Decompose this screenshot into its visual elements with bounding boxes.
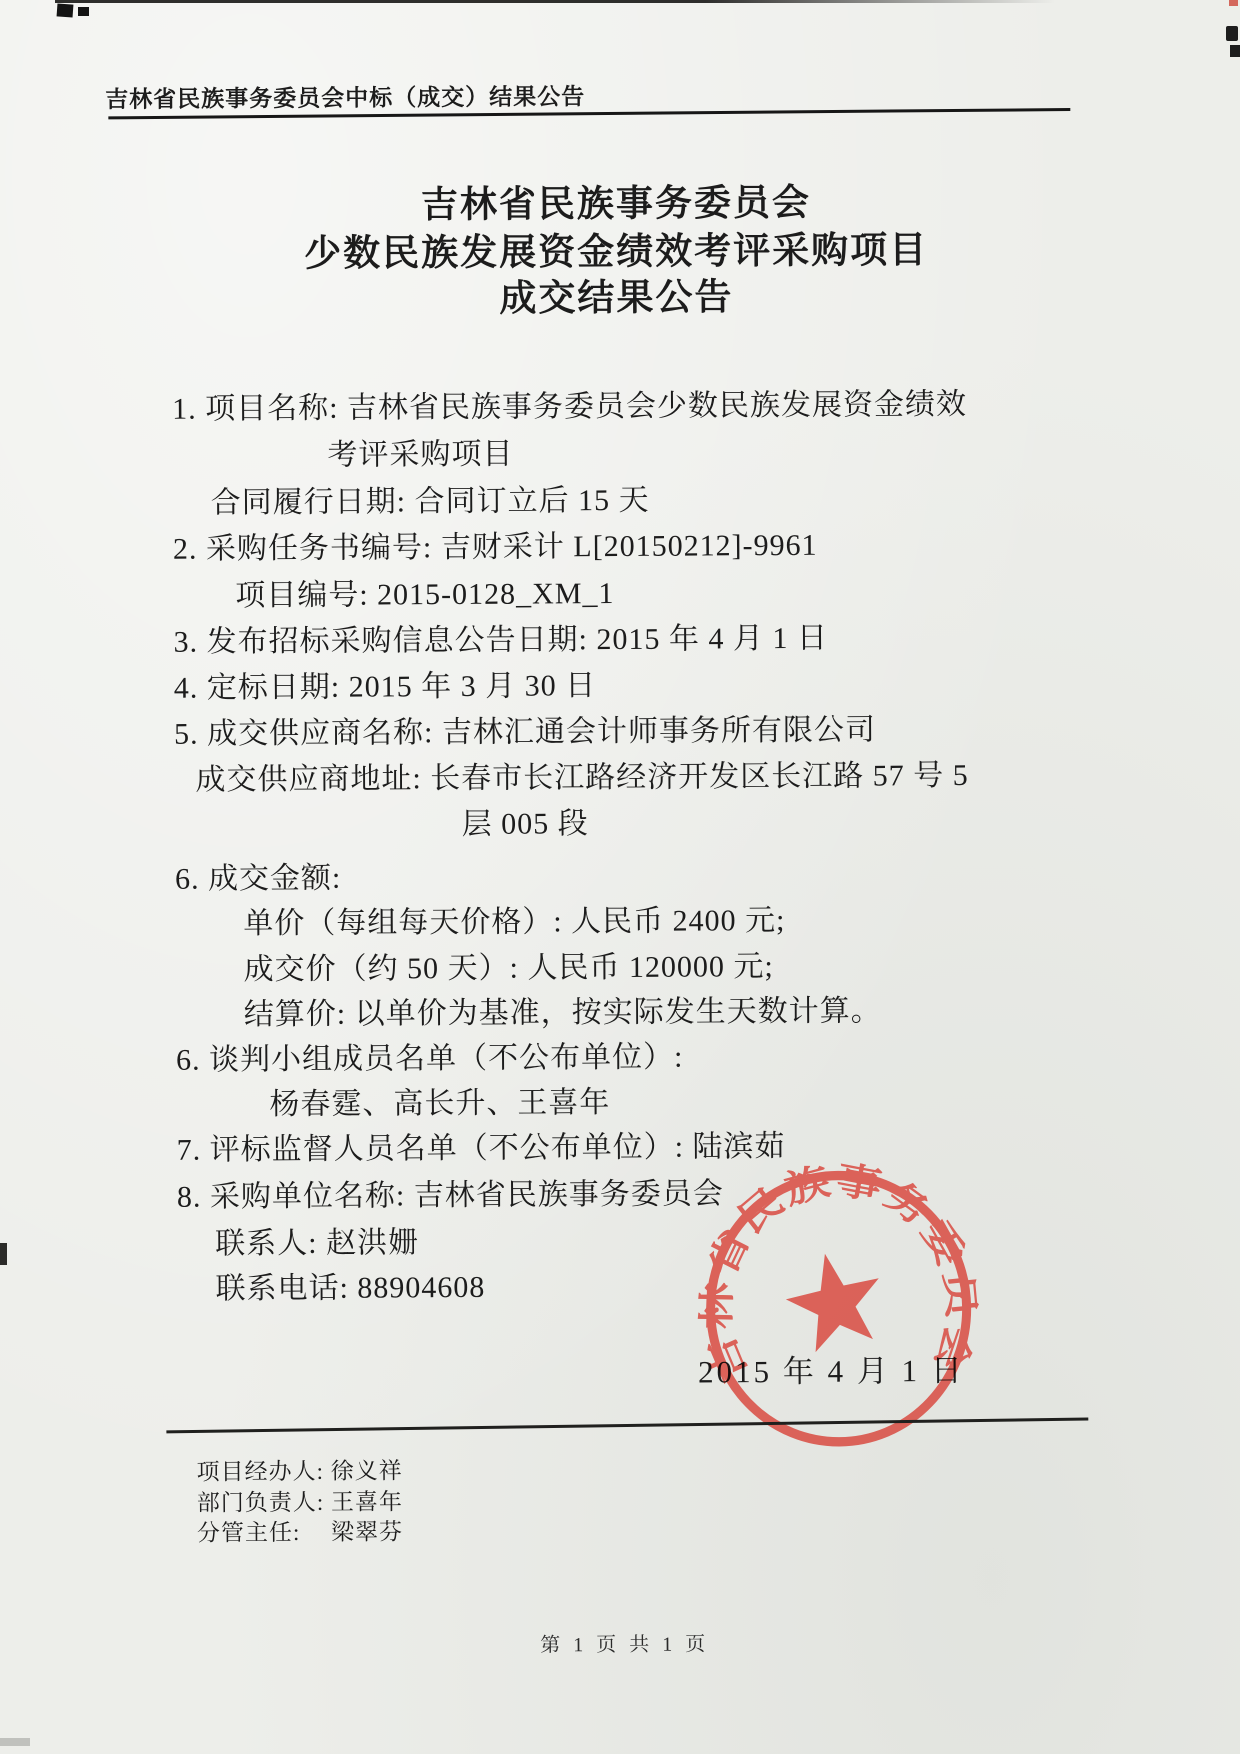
signature-handler: 项目经办人: 徐义祥: [197, 1452, 403, 1486]
doc-line-project-name: 1. 项目名称: 吉林省民族事务委员会少数民族发展资金绩效: [172, 379, 967, 428]
doc-line-panel-heading: 6. 谈判小组成员名单（不公布单位）:: [176, 1032, 684, 1079]
doc-line-announce-date: 3. 发布招标采购信息公告日期: 2015 年 4 月 1 日: [173, 613, 828, 661]
doc-line-contract-period: 合同履行日期: 合同订立后 15 天: [211, 475, 650, 522]
stamp-star-icon: [778, 1243, 890, 1356]
doc-line-contact-person: 联系人: 赵洪姗: [215, 1217, 419, 1262]
doc-line-supervisor: 7. 评标监督人员名单（不公布单位）: 陆滨茹: [177, 1121, 786, 1169]
doc-line-supplier-name: 5. 成交供应商名称: 吉林汇通会计师事务所有限公司: [174, 704, 876, 752]
doc-line-purchaser: 8. 采购单位名称: 吉林省民族事务委员会: [177, 1168, 724, 1215]
doc-line-unit-price: 单价（每组每天价格）: 人民币 2400 元;: [243, 895, 785, 942]
footer-rule: [166, 1418, 1088, 1434]
doc-line-project-name-wrap: 考评采购项目: [327, 429, 513, 474]
stamp-ring: [710, 1175, 968, 1443]
document-body: 1. 项目名称: 吉林省民族事务委员会少数民族发展资金绩效 考评采购项目 合同履…: [0, 0, 1235, 4]
doc-line-panel-members: 杨春霆、高长升、王喜年: [269, 1077, 610, 1123]
signature-department-head: 部门负责人: 王喜年: [197, 1483, 403, 1517]
doc-line-award-date: 4. 定标日期: 2015 年 3 月 30 日: [174, 660, 597, 707]
page-number: 第 1 页 共 1 页: [5, 1624, 1240, 1661]
scanned-document-page: 吉林省民族事务委员会中标（成交）结果公告 吉林省民族事务委员会 少数民族发展资金…: [0, 0, 1240, 1754]
doc-line-task-number: 2. 采购任务书编号: 吉财采计 L[20150212]-9961: [173, 520, 818, 568]
doc-line-contact-phone: 联系电话: 88904608: [215, 1262, 485, 1308]
document-content: 吉林省民族事务委员会中标（成交）结果公告 吉林省民族事务委员会 少数民族发展资金…: [0, 0, 1240, 1754]
doc-line-settlement-price: 结算价: 以单价为基准，按实际发生天数计算。: [244, 985, 882, 1033]
doc-line-supplier-address-wrap: 层 005 段: [462, 798, 589, 843]
doc-line-project-number: 项目编号: 2015-0128_XM_1: [235, 568, 614, 614]
signature-director: 分管主任: 梁翠芬: [197, 1513, 403, 1547]
document-title-line-3: 成交结果公告: [0, 263, 1237, 325]
document-header-title: 吉林省民族事务委员会中标（成交）结果公告: [105, 78, 585, 114]
doc-line-amount-heading: 6. 成交金额:: [175, 853, 342, 898]
official-seal-stamp: 吉林省民族事务委员会: [692, 1156, 986, 1462]
doc-line-deal-price: 成交价（约 50 天）: 人民币 120000 元;: [243, 941, 773, 988]
document-date: 2015 年 4 月 1 日: [698, 1345, 965, 1392]
doc-line-supplier-address: 成交供应商地址: 长春市长江路经济开发区长江路 57 号 5: [195, 750, 969, 799]
